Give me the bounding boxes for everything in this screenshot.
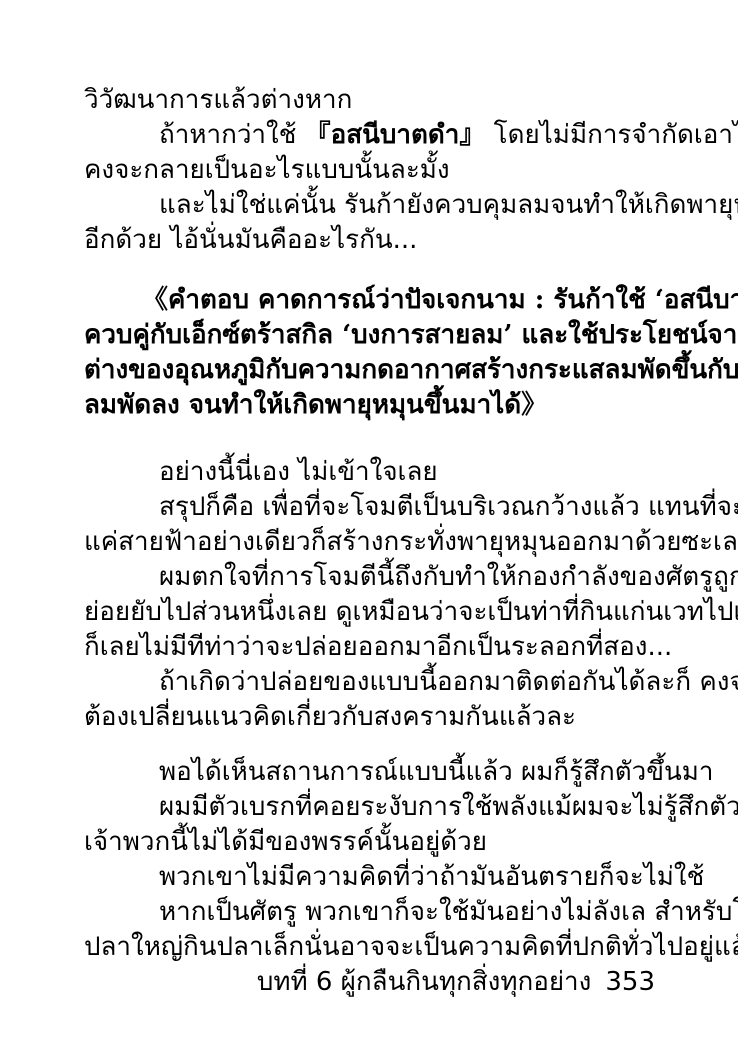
text-line: และไม่ใช่แค่นั้น รันก้ายังควบคุมลมจนทำให… xyxy=(84,188,655,223)
answer-line: ควบคู่กับเอ็กซ์ตร้าสกิล ‘บงการสายลม’ และ… xyxy=(84,318,655,353)
answer-line: ต่างของอุณหภูมิกับความกดอากาศสร้างกระแสล… xyxy=(84,353,655,388)
intro-paragraphs: วิวัฒนาการแล้วต่างหาก ถ้าหากว่าใช้ 『อสนี… xyxy=(84,83,655,258)
text-line: ก็เลยไม่มีทีท่าว่าจะปล่อยออกมาอีกเป็นระล… xyxy=(84,630,655,665)
text-line: พวกเขาไม่มีความคิดที่ว่าถ้ามันอันตรายก็จ… xyxy=(84,860,655,895)
text-line: อย่างนี้นี่เอง ไม่เข้าใจเลย xyxy=(84,455,655,490)
text-line: หากเป็นศัตรู พวกเขาก็จะใช้มันอย่างไม่ลัง… xyxy=(84,895,655,930)
reflection-paragraphs: พอได้เห็นสถานการณ์แบบนี้แล้ว ผมก็รู้สึกต… xyxy=(84,755,655,965)
page-number: 353 xyxy=(605,967,655,997)
text-line: คงจะกลายเป็นอะไรแบบนั้นละมั้ง xyxy=(84,153,655,188)
text-line: อีกด้วย ไอ้นั่นมันคืออะไรกัน... xyxy=(84,223,655,258)
text-line: ถ้าหากว่าใช้ 『อสนีบาตดำ』 โดยไม่มีการจำกั… xyxy=(84,118,655,153)
text-line: เจ้าพวกนี้ไม่ได้มีของพรรค์นั้นอยู่ด้วย xyxy=(84,825,655,860)
skill-answer-block: 《คำตอบ คาดการณ์ว่าปัจเจกนาม : รันก้าใช้ … xyxy=(84,283,655,423)
text-line: ย่อยยับไปส่วนหนึ่งเลย ดูเหมือนว่าจะเป็นท… xyxy=(84,595,655,630)
text-line: ผมมีตัวเบรกที่คอยระงับการใช้พลังแม้ผมจะไ… xyxy=(84,790,655,825)
chapter-title: บทที่ 6 ผู้กลืนกินทุกสิ่งทุกอย่าง xyxy=(257,967,592,997)
answer-line: ลมพัดลง จนทำให้เกิดพายุหมุนขึ้นมาได้》 xyxy=(84,388,655,423)
text-line: แค่สายฟ้าอย่างเดียวก็สร้างกระทั่งพายุหมุ… xyxy=(84,525,655,560)
text-line: วิวัฒนาการแล้วต่างหาก xyxy=(84,83,655,118)
answer-line: 《คำตอบ คาดการณ์ว่าปัจเจกนาม : รันก้าใช้ … xyxy=(84,283,655,318)
text-segment: โดยไม่มีการจำกัดเอาไว้จริงๆ ก็ xyxy=(485,120,738,150)
text-line: สรุปก็คือ เพื่อที่จะโจมตีเป็นบริเวณกว้าง… xyxy=(84,490,655,525)
text-area: วิวัฒนาการแล้วต่างหาก ถ้าหากว่าใช้ 『อสนี… xyxy=(84,83,655,1000)
text-line: ผมตกใจที่การโจมตีนี้ถึงกับทำให้กองกำลังข… xyxy=(84,560,655,595)
text-line: พอได้เห็นสถานการณ์แบบนี้แล้ว ผมก็รู้สึกต… xyxy=(84,755,655,790)
page-footer: บทที่ 6 ผู้กลืนกินทุกสิ่งทุกอย่าง353 xyxy=(84,965,655,1000)
book-page: วิวัฒนาการแล้วต่างหาก ถ้าหากว่าใช้ 『อสนี… xyxy=(0,0,738,1051)
text-line: ปลาใหญ่กินปลาเล็กนั่นอาจจะเป็นความคิดที่… xyxy=(84,930,655,965)
skill-name-bracketed: 『อสนีบาตดำ』 xyxy=(305,120,486,150)
reaction-paragraphs: อย่างนี้นี่เอง ไม่เข้าใจเลย สรุปก็คือ เพ… xyxy=(84,455,655,735)
text-line: ถ้าเกิดว่าปล่อยของแบบนี้ออกมาติดต่อกันได… xyxy=(84,665,655,700)
text-segment: ถ้าหากว่าใช้ xyxy=(159,120,305,150)
text-line: ต้องเปลี่ยนแนวคิดเกี่ยวกับสงครามกันแล้วล… xyxy=(84,700,655,735)
